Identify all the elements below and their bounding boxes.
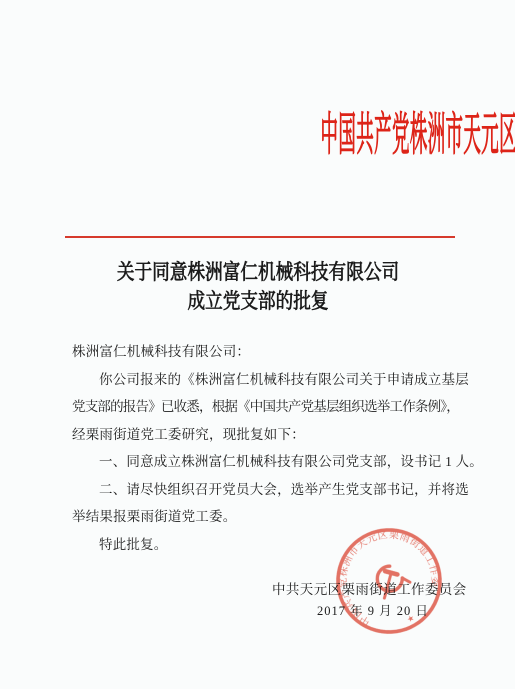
scanned-official-document: 中国共产党株洲市天元区栗雨街道工作委员会文件 关于同意株洲富仁机械科技有限公司 …: [0, 0, 515, 689]
body-line: 你公司报来的《株洲富仁机械科技有限公司关于申请成立基层: [72, 366, 464, 394]
party-emblem-icon: [371, 560, 410, 598]
red-divider-rule: [65, 236, 455, 238]
letterhead: 中国共产党株洲市天元区栗雨街道工作委员会文件: [0, 110, 515, 161]
body-line: 党支部的报告》已收悉，根据《中国共产党基层组织选举工作条例》，: [72, 393, 464, 421]
body-line: 一、同意成立株洲富仁机械科技有限公司党支部，设书记 1 人。: [72, 448, 464, 476]
document-title: 关于同意株洲富仁机械科技有限公司 成立党支部的批复: [0, 258, 515, 316]
body-line: 二、请尽快组织召开党员大会，选举产生党支部书记，并将选: [72, 476, 464, 504]
document-title-line2: 成立党支部的批复: [187, 287, 328, 316]
seal-star: ★: [405, 613, 416, 624]
document-title-line1: 关于同意株洲富仁机械科技有限公司: [116, 258, 398, 287]
letterhead-title: 中国共产党株洲市天元区栗雨街道工作委员会文件: [321, 110, 515, 161]
salutation-line: 株洲富仁机械科技有限公司：: [72, 338, 464, 366]
body-line: 经栗雨街道党工委研究，现批复如下：: [72, 421, 464, 449]
